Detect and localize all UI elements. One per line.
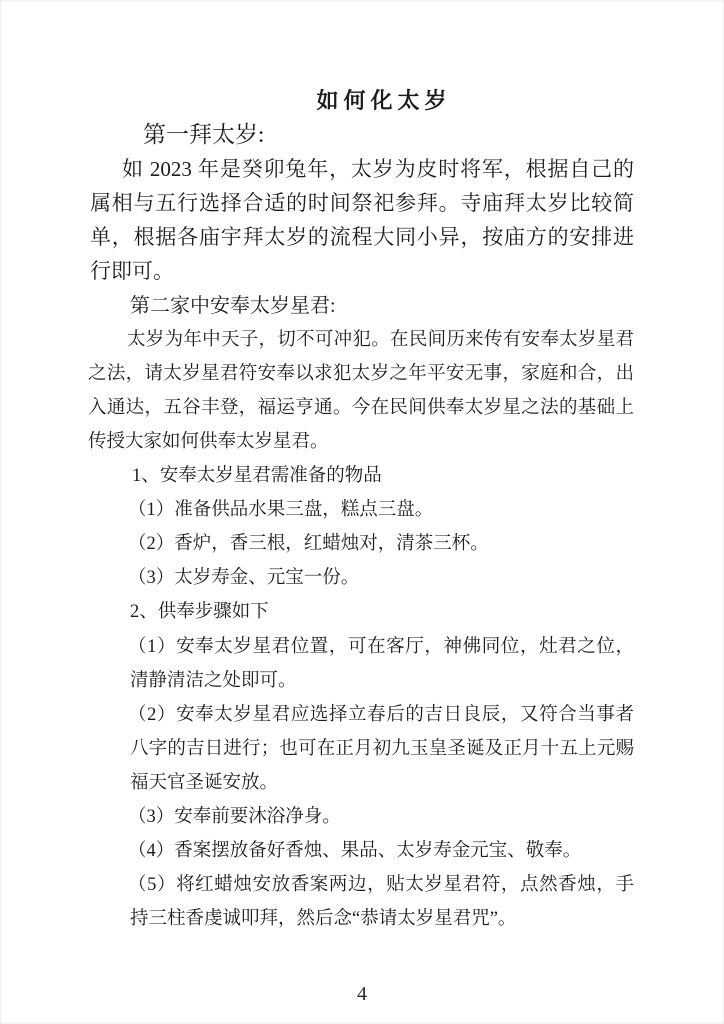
list-header-line: 2、供奉步骤如下 [130,595,634,629]
paragraph-line: 如 2023 年是癸卯兔年，太岁为皮时将军，根据自己的 [122,152,634,186]
list-item-line: 福天官圣诞安放。 [130,766,634,800]
list-item-line: （5）将红蜡烛安放香案两边，贴太岁星君符，点然香烛，手 [128,868,634,902]
list-item-line: （3）安奉前要沐浴净身。 [128,800,634,834]
paragraph-line: 之法，请太岁星君符安奉以求犯太岁之年平安无事，家庭和合，出 [88,357,634,391]
section-heading: 第二家中安奉太岁星君: [130,289,634,323]
document-title: 如何化太岁 [88,84,634,118]
paragraph-line: 行即可。 [90,254,634,288]
list-item-line: （1）准备供品水果三盘，糕点三盘。 [128,493,634,527]
document-page: 如何化太岁 第一拜太岁: 如 2023 年是癸卯兔年，太岁为皮时将军，根据自己的… [0,0,724,1024]
paragraph-line: 传授大家如何供奉太岁星君。 [88,425,634,459]
list-header-line: 1、安奉太岁星君需准备的物品 [132,459,634,493]
list-item-line: （1）安奉太岁星君位置，可在客厅，神佛同位，灶君之位， [128,630,634,664]
section-heading: 第一拜太岁: [143,118,634,152]
list-item-line: 持三柱香虔诚叩拜，然后念“恭请太岁星君咒”。 [130,902,634,936]
list-item-line: （2）香炉，香三根，红蜡烛对，清茶三杯。 [128,527,634,561]
paragraph-line: 太岁为年中天子，切不可冲犯。在民间历来传有安奉太岁星君 [127,323,634,357]
list-item-line: （3）太岁寿金、元宝一份。 [128,561,634,595]
paragraph-line: 单，根据各庙宇拜太岁的流程大同小异，按庙方的安排进 [90,220,634,254]
list-item-line: （2）安奉太岁星君应选择立春后的吉日良辰，又符合当事者 [128,698,634,732]
document-body: 如何化太岁 第一拜太岁: 如 2023 年是癸卯兔年，太岁为皮时将军，根据自己的… [88,84,634,936]
paragraph-line: 属相与五行选择合适的时间祭祀参拜。寺庙拜太岁比较简 [90,186,634,220]
list-item-line: 八字的吉日进行；也可在正月初九玉皇圣诞及正月十五上元赐 [130,732,634,766]
page-number: 4 [0,983,724,1006]
paragraph-line: 入通达，五谷丰登，福运亨通。今在民间供奉太岁星之法的基础上 [88,391,634,425]
list-item-line: 清静清洁之处即可。 [130,664,634,698]
list-item-line: （4）香案摆放备好香烛、果品、太岁寿金元宝、敬奉。 [128,834,634,868]
